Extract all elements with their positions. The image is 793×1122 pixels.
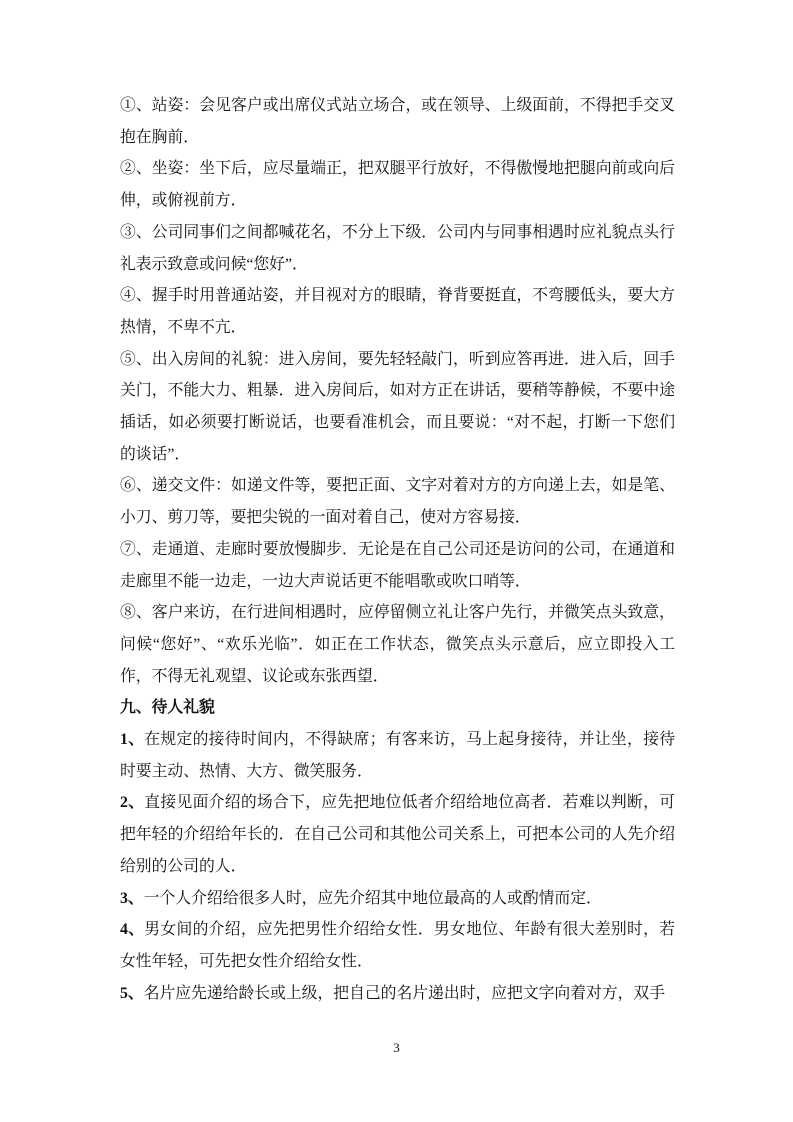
page-footer: 3 bbox=[0, 1040, 793, 1056]
item-marker: ④、 bbox=[120, 287, 152, 304]
circled-item: ①、站姿：会见客户或出席仪式站立场合，或在领导、上级面前，不得把手交叉抱在胸前． bbox=[120, 90, 675, 153]
item-text: 客户来访，在行进间相遇时，应停留侧立礼让客户先行，并微笑点头致意，问候“您好”、… bbox=[120, 604, 675, 684]
item-marker: 1、 bbox=[120, 731, 144, 748]
item-marker: ①、 bbox=[120, 97, 152, 114]
item-text: 一个人介绍给很多人时，应先介绍其中地位最高的人或酌情而定． bbox=[144, 890, 602, 907]
item-text: 递交文件：如递文件等，要把正面、文字对着对方的方向递上去，如是笔、小刀、剪刀等，… bbox=[120, 477, 675, 526]
circled-item: ③、公司同事们之间都喊花名，不分上下级．公司内与同事相遇时应礼貌点头行礼表示致意… bbox=[120, 217, 675, 280]
item-text: 公司同事们之间都喊花名，不分上下级．公司内与同事相遇时应礼貌点头行礼表示致意或问… bbox=[120, 224, 675, 273]
item-text: 名片应先递给龄长或上级，把自己的名片递出时，应把文字向着对方，双手 bbox=[144, 985, 665, 1002]
item-marker: ⑦、 bbox=[120, 541, 152, 558]
circled-item: ⑧、客户来访，在行进间相遇时，应停留侧立礼让客户先行，并微笑点头致意，问候“您好… bbox=[120, 597, 675, 692]
numbered-item: 2、直接见面介绍的场合下，应先把地位低者介绍给地位高者．若难以判断，可把年轻的介… bbox=[120, 787, 675, 882]
item-marker: ②、 bbox=[120, 160, 152, 177]
document-body: ①、站姿：会见客户或出席仪式站立场合，或在领导、上级面前，不得把手交叉抱在胸前．… bbox=[120, 90, 675, 1009]
numbered-item: 5、名片应先递给龄长或上级，把自己的名片递出时，应把文字向着对方，双手 bbox=[120, 978, 675, 1010]
numbered-item: 4、男女间的介绍，应先把男性介绍给女性．男女地位、年龄有很大差别时，若女性年轻，… bbox=[120, 914, 675, 977]
item-marker: 5、 bbox=[120, 985, 144, 1002]
numbered-item: 3、一个人介绍给很多人时，应先介绍其中地位最高的人或酌情而定． bbox=[120, 883, 675, 915]
item-text: 男女间的介绍，应先把男性介绍给女性．男女地位、年龄有很大差别时，若女性年轻，可先… bbox=[120, 921, 675, 970]
item-marker: ⑧、 bbox=[120, 604, 152, 621]
circled-item: ⑤、出入房间的礼貌：进入房间，要先轻轻敲门，听到应答再进．进入后，回手关门，不能… bbox=[120, 344, 675, 471]
page-number: 3 bbox=[393, 1040, 400, 1055]
circled-item: ⑥、递交文件：如递文件等，要把正面、文字对着对方的方向递上去，如是笔、小刀、剪刀… bbox=[120, 470, 675, 533]
item-marker: ⑤、 bbox=[120, 351, 152, 368]
item-text: 在规定的接待时间内，不得缺席；有客来访，马上起身接待，并让坐，接待时要主动、热情… bbox=[120, 731, 675, 780]
item-marker: 2、 bbox=[120, 794, 144, 811]
item-marker: ③、 bbox=[120, 224, 152, 241]
circled-item: ②、坐姿：坐下后，应尽量端正，把双腿平行放好，不得傲慢地把腿向前或向后伸，或俯视… bbox=[120, 153, 675, 216]
item-text: 握手时用普通站姿，并目视对方的眼睛，脊背要挺直，不弯腰低头，要大方热情，不卑不亢… bbox=[120, 287, 675, 336]
item-text: 出入房间的礼貌：进入房间，要先轻轻敲门，听到应答再进．进入后，回手关门，不能大力… bbox=[120, 351, 675, 463]
numbered-item: 1、在规定的接待时间内，不得缺席；有客来访，马上起身接待，并让坐，接待时要主动、… bbox=[120, 724, 675, 787]
item-marker: 4、 bbox=[120, 921, 144, 938]
item-text: 直接见面介绍的场合下，应先把地位低者介绍给地位高者．若难以判断，可把年轻的介绍给… bbox=[120, 794, 675, 874]
item-text: 走通道、走廊时要放慢脚步．无论是在自己公司还是访问的公司，在通道和走廊里不能一边… bbox=[120, 541, 675, 590]
item-marker: ⑥、 bbox=[120, 477, 152, 494]
item-marker: 3、 bbox=[120, 890, 144, 907]
circled-item: ⑦、走通道、走廊时要放慢脚步．无论是在自己公司还是访问的公司，在通道和走廊里不能… bbox=[120, 534, 675, 597]
document-page: ①、站姿：会见客户或出席仪式站立场合，或在领导、上级面前，不得把手交叉抱在胸前．… bbox=[0, 0, 793, 1122]
item-text: 坐姿：坐下后，应尽量端正，把双腿平行放好，不得傲慢地把腿向前或向后伸，或俯视前方… bbox=[120, 160, 675, 209]
section-heading: 九、待人礼貌 bbox=[120, 692, 675, 724]
item-text: 站姿：会见客户或出席仪式站立场合，或在领导、上级面前，不得把手交叉抱在胸前． bbox=[120, 97, 675, 146]
circled-item: ④、握手时用普通站姿，并目视对方的眼睛，脊背要挺直，不弯腰低头，要大方热情，不卑… bbox=[120, 280, 675, 343]
